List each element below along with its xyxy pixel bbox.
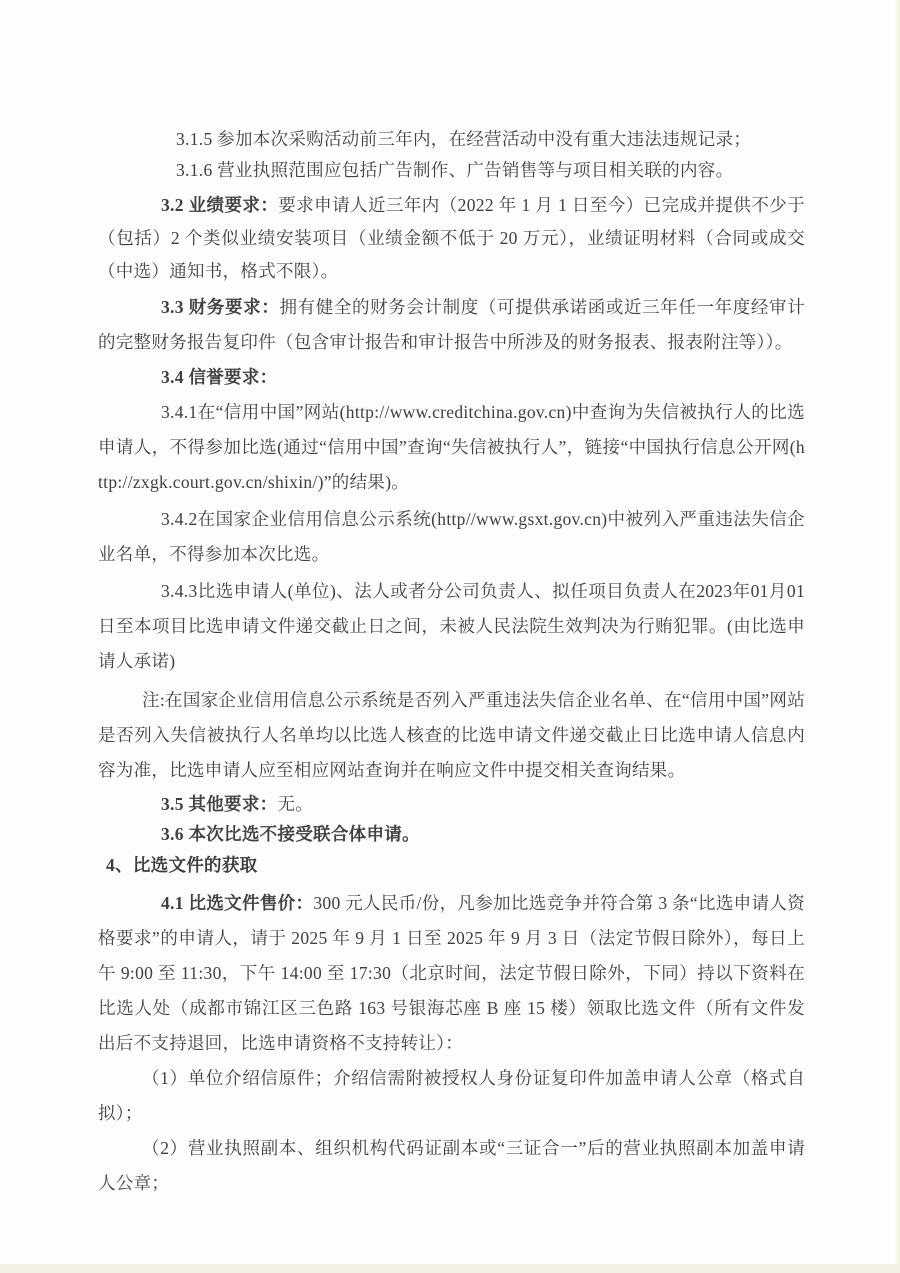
paragraph-3-3: 3.3 财务要求：拥有健全的财务会计制度（可提供承诺函或近三年任一年度经审计的完… — [98, 290, 805, 360]
paragraph-4-1-item-2: （2）营业执照副本、组织机构代码证副本或“三证合一”后的营业执照副本加盖申请人公… — [98, 1131, 805, 1201]
paragraph-3-5: 3.5 其他要求：无。 — [98, 788, 805, 820]
paragraph-4-1-body: 300 元人民币/份，凡参加比选竞争并符合第 3 条“比选申请人资格要求”的申请… — [98, 893, 805, 1053]
paragraph-3-4-1: 3.4.1在“信用中国”网站(http://www.creditchina.go… — [98, 395, 805, 500]
paragraph-3-4-3: 3.4.3比选申请人(单位)、法人或者分公司负责人、拟任项目负责人在2023年0… — [98, 574, 805, 679]
paragraph-note: 注:在国家企业信用信息公示系统是否列入严重违法失信企业名单、在“信用中国”网站是… — [98, 683, 805, 788]
paragraph-3-2-lead: 3.2 业绩要求： — [161, 195, 278, 215]
paragraph-3-1-6: 3.1.6 营业执照范围应包括广告制作、广告销售等与项目相关联的内容。 — [98, 155, 805, 186]
paragraph-3-5-body: 无。 — [277, 794, 313, 814]
paragraph-3-4-2: 3.4.2在国家企业信用信息公示系统(http//www.gsxt.gov.cn… — [98, 502, 805, 572]
paragraph-3-4: 3.4 信誉要求： — [98, 360, 805, 395]
document-page: 3.1.5 参加本次采购活动前三年内，在经营活动中没有重大违法违规记录； 3.1… — [0, 0, 900, 1273]
document-content: 3.1.5 参加本次采购活动前三年内，在经营活动中没有重大违法违规记录； 3.1… — [98, 124, 805, 1201]
paragraph-3-6-lead: 3.6 本次比选不接受联合体申请。 — [161, 824, 420, 844]
section-4-heading: 4、比选文件的获取 — [98, 849, 805, 882]
paragraph-3-6: 3.6 本次比选不接受联合体申请。 — [98, 820, 805, 849]
scan-edge-right — [894, 0, 900, 1273]
paragraph-4-1: 4.1 比选文件售价：300 元人民币/份，凡参加比选竞争并符合第 3 条“比选… — [98, 886, 805, 1061]
paragraph-3-5-lead: 3.5 其他要求： — [161, 794, 277, 814]
paragraph-3-2: 3.2 业绩要求：要求申请人近三年内（2022 年 1 月 1 日至今）已完成并… — [98, 189, 805, 288]
paragraph-4-1-lead: 4.1 比选文件售价： — [161, 893, 313, 913]
paragraph-3-4-lead: 3.4 信誉要求： — [161, 367, 277, 387]
paragraph-3-3-lead: 3.3 财务要求： — [161, 297, 279, 317]
scan-edge-bottom — [0, 1264, 900, 1273]
paragraph-3-1-5: 3.1.5 参加本次采购活动前三年内，在经营活动中没有重大违法违规记录； — [98, 124, 805, 155]
paragraph-4-1-item-1: （1）单位介绍信原件；介绍信需附被授权人身份证复印件加盖申请人公章（格式自拟）； — [98, 1061, 805, 1131]
